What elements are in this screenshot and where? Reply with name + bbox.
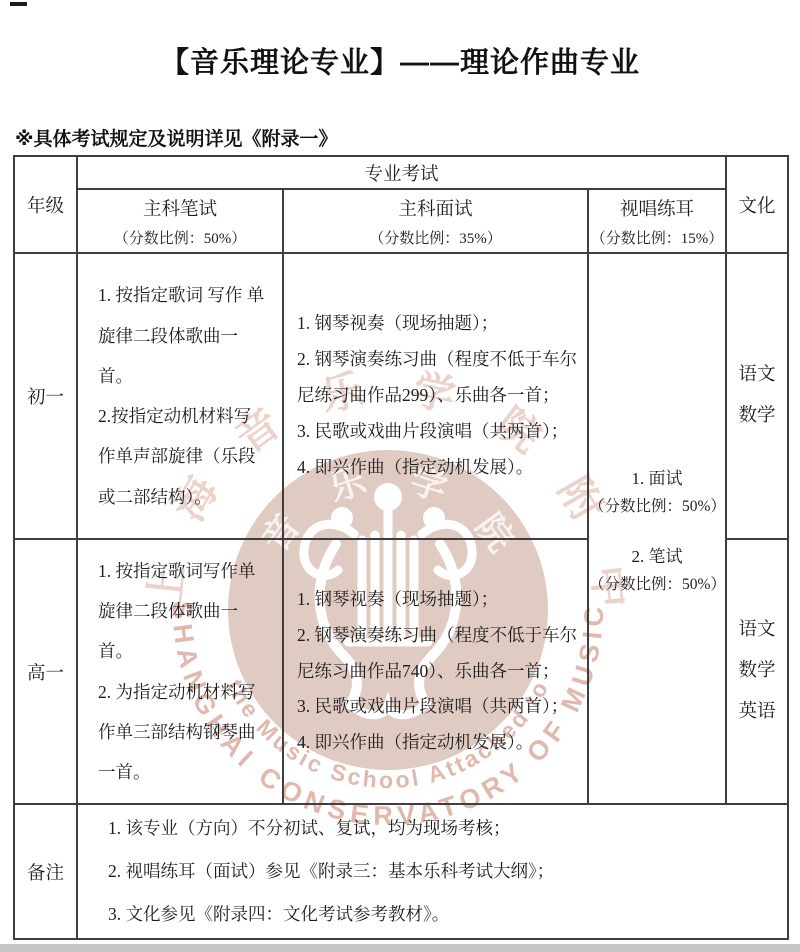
culture-cell-senior1: 语文 数学 英语 (726, 539, 788, 804)
document-page: 上 海 音 乐 学 院 附 中 音 乐 学 院 (0, 0, 800, 952)
remarks-item: 1. 该专业（方向）不分初试、复试，均为现场考核； (108, 807, 777, 850)
appendix-note: ※具体考试规定及说明详见《附录一》 (15, 124, 337, 151)
scan-artifact-mark (10, 2, 27, 6)
header-row-subcols: 主科笔试 （分数比例：50%） 主科面试 （分数比例：35%） 视唱练耳 （分数… (14, 189, 788, 253)
header-row-group: 年级 专业考试 文化 (14, 156, 788, 189)
page-title: 【音乐理论专业】——理论作曲专业 (0, 40, 800, 81)
interview-item: 3. 民歌或戏曲片段演唱（共两首）； (297, 689, 579, 725)
culture-subject: 数学 (739, 396, 776, 437)
solfege-item-ratio: （分数比例：50%） (589, 572, 725, 594)
grade-label: 高一 (15, 659, 76, 685)
professional-exam-label: 专业考试 (78, 160, 725, 186)
table-row-remarks: 备注 1. 该专业（方向）不分初试、复试，均为现场考核； 2. 视唱练耳（面试）… (14, 804, 788, 939)
solfege-cell-merged: 1. 面试 （分数比例：50%） 2. 笔试 （分数比例：50%） (588, 253, 726, 804)
header-cell-grade: 年级 (14, 156, 77, 253)
interview-item: 3. 民歌或戏曲片段演唱（共两首）； (297, 414, 579, 450)
culture-subject: 英语 (739, 692, 776, 733)
written-header-label: 主科笔试 (143, 195, 217, 221)
remarks-item: 2. 视唱练耳（面试）参见《附录三：基本乐科考试大纲》； (108, 850, 777, 893)
header-cell-professional-exam: 专业考试 (77, 156, 726, 189)
written-item: 1. 按指定歌词 写作 单旋律二段体歌曲一首。 (98, 275, 266, 396)
interview-header-label: 主科面试 (398, 195, 472, 221)
interview-item: 1. 钢琴视奏（现场抽题）； (297, 582, 579, 618)
interview-header-ratio: （分数比例：35%） (369, 227, 502, 248)
grade-header-label: 年级 (15, 192, 76, 218)
interview-item: 4. 即兴作曲（指定动机发展）。 (297, 450, 579, 486)
header-cell-written: 主科笔试 （分数比例：50%） (77, 189, 283, 253)
written-item: 2.按指定动机材料写作单声部旋律（乐段或二部结构）。 (98, 396, 266, 517)
interview-cell-junior1: 1. 钢琴视奏（现场抽题）； 2. 钢琴演奏练习曲（程度不低于车尔尼练习曲作品2… (283, 253, 588, 539)
grade-cell-junior1: 初一 (14, 253, 77, 539)
interview-item: 2. 钢琴演奏练习曲（程度不低于车尔尼练习曲作品299）、乐曲各一首； (297, 342, 579, 414)
written-cell-senior1: 1. 按指定歌词写作单旋律二段体歌曲一首。 2. 为指定动机材料写作单三部结构钢… (77, 539, 283, 804)
culture-header-label: 文化 (727, 192, 787, 218)
written-cell-junior1: 1. 按指定歌词 写作 单旋律二段体歌曲一首。 2.按指定动机材料写作单声部旋律… (77, 253, 283, 539)
interview-item: 1. 钢琴视奏（现场抽题）； (297, 306, 579, 342)
header-cell-interview: 主科面试 （分数比例：35%） (283, 189, 588, 253)
culture-cell-junior1: 语文 数学 (726, 253, 788, 539)
header-cell-solfege: 视唱练耳 （分数比例：15%） (588, 189, 726, 253)
remarks-item: 3. 文化参见《附录四：文化考试参考教材》。 (108, 893, 777, 936)
culture-subject: 语文 (739, 610, 776, 651)
solfege-header-ratio: （分数比例：15%） (591, 227, 724, 248)
scan-edge-strip (0, 944, 800, 952)
interview-cell-senior1: 1. 钢琴视奏（现场抽题）； 2. 钢琴演奏练习曲（程度不低于车尔尼练习曲作品7… (283, 539, 588, 804)
culture-subject: 语文 (739, 355, 776, 396)
grade-label: 初一 (15, 383, 76, 409)
header-cell-culture: 文化 (726, 156, 788, 253)
written-item: 1. 按指定歌词写作单旋律二段体歌曲一首。 (98, 551, 266, 672)
solfege-item-label: 1. 面试 (589, 464, 725, 489)
written-header-ratio: （分数比例：50%） (114, 227, 247, 248)
remarks-content-cell: 1. 该专业（方向）不分初试、复试，均为现场考核； 2. 视唱练耳（面试）参见《… (77, 804, 788, 939)
remarks-label: 备注 (15, 859, 76, 885)
table-row-junior1: 初一 1. 按指定歌词 写作 单旋律二段体歌曲一首。 2.按指定动机材料写作单声… (14, 253, 788, 539)
solfege-header-label: 视唱练耳 (620, 195, 694, 221)
remarks-label-cell: 备注 (14, 804, 77, 939)
culture-subject: 数学 (739, 651, 776, 692)
interview-item: 4. 即兴作曲（指定动机发展）。 (297, 725, 579, 761)
solfege-item-ratio: （分数比例：50%） (589, 494, 725, 516)
interview-item: 2. 钢琴演奏练习曲（程度不低于车尔尼练习曲作品740）、乐曲各一首； (297, 618, 579, 690)
exam-requirements-table: 年级 专业考试 文化 主科笔试 （分数比例：50%） (13, 155, 789, 940)
grade-cell-senior1: 高一 (14, 539, 77, 804)
written-item: 2. 为指定动机材料写作单三部结构钢琴曲一首。 (98, 672, 266, 793)
solfege-item-label: 2. 笔试 (589, 542, 725, 567)
